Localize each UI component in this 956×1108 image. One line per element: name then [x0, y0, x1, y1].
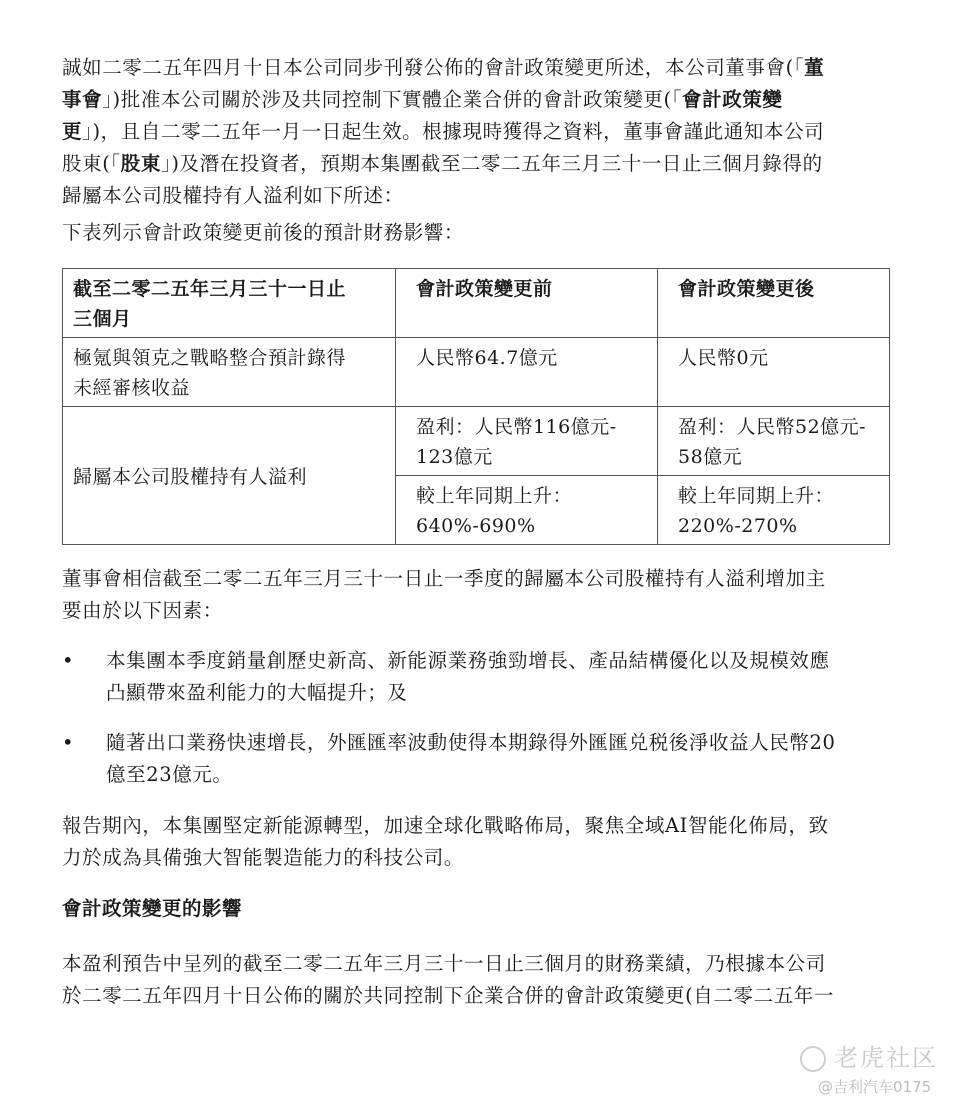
cell-revenue-after: 人民幣0元: [658, 338, 890, 407]
table-row: 極氪與領克之戰略整合預計錄得 未經審核收益 人民幣64.7億元 人民幣0元: [63, 338, 890, 407]
header-before-change: 會計政策變更前: [396, 269, 658, 338]
row-label-attributable-profit: 歸屬本公司股權持有人溢利: [63, 407, 396, 545]
cell-profit-before: 盈利：人民幣116億元- 123億元: [396, 407, 658, 476]
bullet-item: • 隨著出口業務快速增長，外匯匯率波動使得本期錄得外匯匯兑税後淨收益人民幣20 …: [62, 727, 892, 791]
header-after-change: 會計政策變更後: [658, 269, 890, 338]
factors-intro: 董事會相信截至二零二五年三月三十一日止一季度的歸屬本公司股權持有人溢利增加主 要…: [62, 563, 892, 627]
intro-paragraph: 誠如二零二五年四月十日本公司同步刊發公佈的會計政策變更所述，本公司董事會(「董 …: [62, 52, 892, 212]
tiger-logo-icon: [800, 1046, 826, 1072]
section-heading: 會計政策變更的影響: [62, 893, 242, 921]
intro-line-1: 誠如二零二五年四月十日本公司同步刊發公佈的會計政策變更所述，本公司董事會(「董: [62, 52, 892, 84]
defined-term-shareholders: 股東: [121, 152, 161, 175]
strategy-paragraph: 報告期內，本集團堅定新能源轉型，加速全球化戰略佈局，聚焦全域AI智能化佈局，致 …: [62, 810, 892, 874]
intro-line-3: 更」)，且自二零二五年一月一日起生效。根據現時獲得之資料，董事會謹此通知本公司: [62, 116, 892, 148]
table-header-row: 截至二零二五年三月三十一日止 三個月 會計政策變更前 會計政策變更後: [63, 269, 890, 338]
bullet-icon: •: [62, 727, 74, 759]
watermark-brand: 老虎社区: [800, 1038, 938, 1073]
table-intro: 下表列示會計政策變更前後的預計財務影響：: [62, 217, 892, 249]
closing-paragraph: 本盈利預告中呈列的截至二零二五年三月三十一日止三個月的財務業績，乃根據本公司 於…: [62, 948, 892, 1012]
intro-line-5: 歸屬本公司股權持有人溢利如下所述：: [62, 180, 892, 212]
cell-profit-after: 盈利：人民幣52億元- 58億元: [658, 407, 890, 476]
bullet-item: • 本集團本季度銷量創歷史新高、新能源業務強勁增長、產品結構優化以及規模效應 凸…: [62, 645, 892, 709]
cell-revenue-before: 人民幣64.7億元: [396, 338, 658, 407]
defined-term-policy-change: 會計政策變: [682, 88, 783, 111]
cell-growth-after: 較上年同期上升： 220%-270%: [658, 476, 890, 545]
defined-term-board: 董: [804, 56, 824, 79]
intro-line-2: 事會」)批准本公司關於涉及共同控制下實體企業合併的會計政策變更(「會計政策變: [62, 84, 892, 116]
table-row: 歸屬本公司股權持有人溢利 盈利：人民幣116億元- 123億元 盈利：人民幣52…: [63, 407, 890, 476]
financial-impact-table: 截至二零二五年三月三十一日止 三個月 會計政策變更前 會計政策變更後 極氪與領克…: [62, 268, 890, 545]
defined-term-board-cont: 事會: [62, 88, 102, 111]
header-period: 截至二零二五年三月三十一日止 三個月: [63, 269, 396, 338]
defined-term-policy-change-cont: 更: [62, 120, 82, 143]
cell-growth-before: 較上年同期上升： 640%-690%: [396, 476, 658, 545]
watermark-user: @吉利汽车0175: [818, 1076, 931, 1097]
bullet-icon: •: [62, 645, 74, 677]
row-label-unaudited-revenue: 極氪與領克之戰略整合預計錄得 未經審核收益: [63, 338, 396, 407]
intro-line-4: 股東(「股東」)及潛在投資者，預期本集團截至二零二五年三月三十一日止三個月錄得的: [62, 148, 892, 180]
